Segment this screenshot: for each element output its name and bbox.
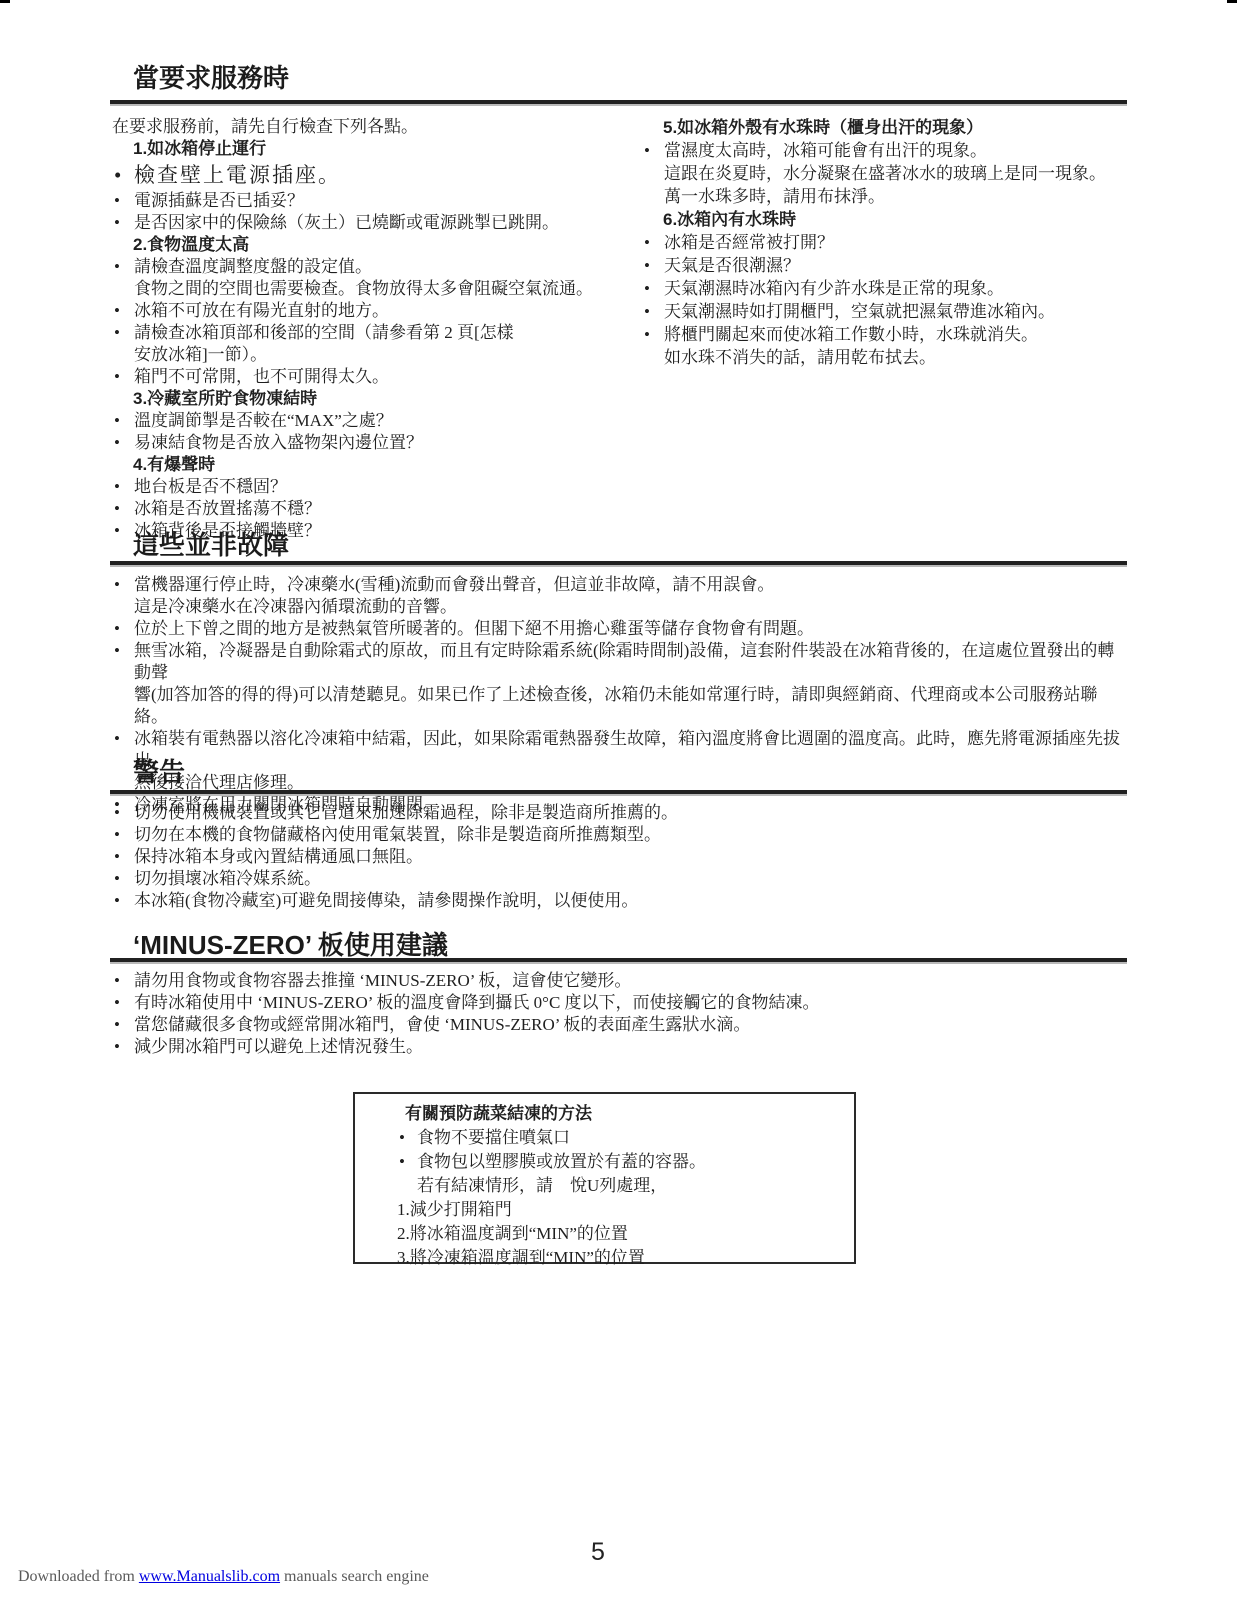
list-item-text: 冰箱是否經常被打開？ bbox=[664, 231, 1127, 254]
list-item-text: 當濕度太高時，冰箱可能會有出汗的現象。這跟在炎夏時，水分凝聚在盛著冰水的玻璃上是… bbox=[664, 139, 1127, 208]
page-number: 5 bbox=[558, 1538, 638, 1567]
text-line: 食物不要擋住噴氣口 bbox=[417, 1126, 844, 1150]
list-item-text: 本冰箱(食物冷藏室)可避免間接傳染，請參閱操作說明，以便使用。 bbox=[134, 890, 1127, 912]
list-item-text: 1.如冰箱停止運行 bbox=[133, 138, 632, 160]
text-line: 安放冰箱]一節）。 bbox=[134, 344, 632, 366]
text-line: 電源插蘇是否已插妥？ bbox=[134, 190, 632, 212]
list-item-text: 天氣潮濕時如打開櫃門，空氣就把濕氣帶進冰箱內。 bbox=[664, 300, 1127, 323]
text-line: 請檢查溫度調整度盤的設定值。 bbox=[134, 256, 632, 278]
text-line: 天氣潮濕時冰箱內有少許水珠是正常的現象。 bbox=[664, 277, 1127, 300]
text-line: 天氣是否很潮濕？ bbox=[664, 254, 1127, 277]
list-item-text: 在要求服務前，請先自行檢查下列各點。 bbox=[112, 116, 632, 138]
bullet-icon: • bbox=[110, 640, 134, 728]
list-item: •冰箱是否經常被打開？ bbox=[640, 231, 1127, 254]
vegetable-freezing-tips-box: 有關預防蔬菜結凍的方法•食物不要擋住噴氣口•食物包以塑膠膜或放置於有蓋的容器。若… bbox=[353, 1092, 856, 1264]
list-item: •食物包以塑膠膜或放置於有蓋的容器。若有結凍情形，請 悅U列處理， bbox=[397, 1150, 844, 1198]
text-line: 食物包以塑膠膜或放置於有蓋的容器。 bbox=[417, 1150, 844, 1174]
list-item-text: 有時冰箱使用中 ‘MINUS-ZERO’ 板的溫度會降到攝氏 0°C 度以下，而… bbox=[134, 992, 1127, 1014]
list-item: •當機器運行停止時，冷凍藥水(雪種)流動而會發出聲音，但這並非故障，請不用誤會。… bbox=[110, 574, 1127, 618]
list-item: 3.將冷凍箱溫度調到“MIN”的位置 bbox=[397, 1246, 844, 1270]
crop-mark-icon bbox=[1227, 0, 1237, 3]
text-line: 本冰箱(食物冷藏室)可避免間接傳染，請參閱操作說明，以便使用。 bbox=[134, 890, 1127, 912]
text-line: 無雪冰箱，冷凝器是自動除霜式的原故，而且有定時除霜系統(除霜時間制)設備，這套附… bbox=[134, 640, 1127, 684]
list-item-text: 食物不要擋住噴氣口 bbox=[417, 1126, 844, 1150]
text-line: 在要求服務前，請先自行檢查下列各點。 bbox=[112, 116, 632, 138]
section-title-service: 當要求服務時 bbox=[110, 58, 1150, 95]
bullet-icon: • bbox=[640, 300, 664, 323]
service-left-column: 在要求服務前，請先自行檢查下列各點。1.如冰箱停止運行•檢查壁上電源插座。•電源… bbox=[110, 116, 632, 542]
bullet-icon: • bbox=[110, 970, 134, 992]
text-line: 減少開冰箱門可以避免上述情況發生。 bbox=[134, 1036, 1127, 1058]
bullet-icon: • bbox=[110, 802, 134, 824]
bullet-icon: • bbox=[110, 890, 134, 912]
text-line: 易凍結食物是否放入盛物架內邊位置？ bbox=[134, 432, 632, 454]
text-line: 冰箱是否放置搖蕩不穩？ bbox=[134, 498, 632, 520]
list-item: •箱門不可常開，也不可開得太久。 bbox=[110, 366, 632, 388]
text-line: 切勿損壞冰箱冷媒系統。 bbox=[134, 868, 1127, 890]
text-line: 有時冰箱使用中 ‘MINUS-ZERO’ 板的溫度會降到攝氏 0°C 度以下，而… bbox=[134, 992, 1127, 1014]
text-line: 4.有爆聲時 bbox=[133, 454, 632, 476]
text-line: 若有結凍情形，請 悅U列處理， bbox=[417, 1174, 844, 1198]
bullet-icon: • bbox=[640, 254, 664, 277]
bullet-icon: • bbox=[110, 476, 134, 498]
list-item-text: 切勿使用機械裝置或其它管道來加速除霜過程，除非是製造商所推薦的。 bbox=[134, 802, 1127, 824]
list-item-text: 位於上下曾之間的地方是被熱氣管所暖著的。但閣下絕不用擔心雞蛋等儲存食物會有問題。 bbox=[134, 618, 1127, 640]
warning-list: •切勿使用機械裝置或其它管道來加速除霜過程，除非是製造商所推薦的。•切勿在本機的… bbox=[110, 802, 1127, 912]
list-item-text: 箱門不可常開，也不可開得太久。 bbox=[134, 366, 632, 388]
text-line: 冰箱是否經常被打開？ bbox=[664, 231, 1127, 254]
bullet-icon: • bbox=[640, 139, 664, 208]
text-line: 當您儲藏很多食物或經常開冰箱門，會使 ‘MINUS-ZERO’ 板的表面產生露狀… bbox=[134, 1014, 1127, 1036]
list-item: •冰箱是否放置搖蕩不穩？ bbox=[110, 498, 632, 520]
list-item: •檢查壁上電源插座。 bbox=[110, 160, 632, 190]
text-line: 箱門不可常開，也不可開得太久。 bbox=[134, 366, 632, 388]
list-item-text: 請檢查冰箱頂部和後部的空間（請參看第 2 頁[怎樣安放冰箱]一節）。 bbox=[134, 322, 632, 366]
list-item-text: 食物包以塑膠膜或放置於有蓋的容器。若有結凍情形，請 悅U列處理， bbox=[417, 1150, 844, 1198]
bullet-icon: • bbox=[640, 277, 664, 300]
list-item: 在要求服務前，請先自行檢查下列各點。 bbox=[110, 116, 632, 138]
list-item: •當濕度太高時，冰箱可能會有出汗的現象。這跟在炎夏時，水分凝聚在盛著冰水的玻璃上… bbox=[640, 139, 1127, 208]
list-item: •食物不要擋住噴氣口 bbox=[397, 1126, 844, 1150]
list-item: •請勿用食物或食物容器去推撞 ‘MINUS-ZERO’ 板，這會使它變形。 bbox=[110, 970, 1127, 992]
list-item-text: 減少開冰箱門可以避免上述情況發生。 bbox=[134, 1036, 1127, 1058]
bullet-icon: • bbox=[110, 432, 134, 454]
list-item: •本冰箱(食物冷藏室)可避免間接傳染，請參閱操作說明，以便使用。 bbox=[110, 890, 1127, 912]
text-line: 3.將冷凍箱溫度調到“MIN”的位置 bbox=[397, 1246, 844, 1270]
text-line: 是否因家中的保險絲（灰土）已燒斷或電源跳掣已跳開。 bbox=[134, 212, 632, 234]
section-rule bbox=[110, 790, 1127, 796]
list-subheading: 1.如冰箱停止運行 bbox=[110, 138, 632, 160]
list-subheading: 6.冰箱內有水珠時 bbox=[640, 208, 1127, 231]
bullet-icon: • bbox=[640, 323, 664, 369]
list-item: •電源插蘇是否已插妥？ bbox=[110, 190, 632, 212]
crop-mark-icon bbox=[0, 0, 10, 3]
list-item: •地台板是否不穩固？ bbox=[110, 476, 632, 498]
text-line: 2.食物溫度太高 bbox=[133, 234, 632, 256]
list-item-text: 有關預防蔬菜結凍的方法 bbox=[405, 1102, 844, 1126]
list-subheading: 5.如冰箱外殼有水珠時（櫃身出汗的現象） bbox=[640, 116, 1127, 139]
list-item: •無雪冰箱，冷凝器是自動除霜式的原故，而且有定時除霜系統(除霜時間制)設備，這套… bbox=[110, 640, 1127, 728]
text-line: 有關預防蔬菜結凍的方法 bbox=[405, 1102, 844, 1126]
list-item-text: 天氣潮濕時冰箱內有少許水珠是正常的現象。 bbox=[664, 277, 1127, 300]
text-line: 保持冰箱本身或內置結構通風口無阻。 bbox=[134, 846, 1127, 868]
list-item-text: 切勿在本機的食物儲藏格內使用電氣裝置，除非是製造商所推薦類型。 bbox=[134, 824, 1127, 846]
text-line: 將櫃門關起來而使冰箱工作數小時，水珠就消失。 bbox=[664, 323, 1127, 346]
section-title-not-faults: 這些並非故障 bbox=[110, 525, 1150, 562]
list-item-text: 2.食物溫度太高 bbox=[133, 234, 632, 256]
minus-zero-list: •請勿用食物或食物容器去推撞 ‘MINUS-ZERO’ 板，這會使它變形。•有時… bbox=[110, 970, 1127, 1058]
text-line: 響(加答加答的得的得)可以清楚聽見。如果已作了上述檢查後，冰箱仍未能如常運行時，… bbox=[134, 684, 1127, 728]
bullet-icon: • bbox=[110, 300, 134, 322]
list-item: •天氣是否很潮濕？ bbox=[640, 254, 1127, 277]
list-item-text: 當您儲藏很多食物或經常開冰箱門，會使 ‘MINUS-ZERO’ 板的表面產生露狀… bbox=[134, 1014, 1127, 1036]
list-item-text: 當機器運行停止時，冷凍藥水(雪種)流動而會發出聲音，但這並非故障，請不用誤會。這… bbox=[134, 574, 1127, 618]
list-subheading: 2.食物溫度太高 bbox=[110, 234, 632, 256]
bullet-icon: • bbox=[110, 212, 134, 234]
list-item: •減少開冰箱門可以避免上述情況發生。 bbox=[110, 1036, 1127, 1058]
list-item: 2.將冰箱溫度調到“MIN”的位置 bbox=[397, 1222, 844, 1246]
text-line: 位於上下曾之間的地方是被熱氣管所暖著的。但閣下絕不用擔心雞蛋等儲存食物會有問題。 bbox=[134, 618, 1127, 640]
list-item-text: 保持冰箱本身或內置結構通風口無阻。 bbox=[134, 846, 1127, 868]
bullet-icon: • bbox=[110, 160, 134, 190]
text-line: 當濕度太高時，冰箱可能會有出汗的現象。 bbox=[664, 139, 1127, 162]
list-item-text: 將櫃門關起來而使冰箱工作數小時，水珠就消失。如水珠不消失的話，請用乾布拭去。 bbox=[664, 323, 1127, 369]
bullet-icon: • bbox=[110, 190, 134, 212]
bullet-icon: • bbox=[110, 618, 134, 640]
section-rule bbox=[110, 561, 1127, 567]
list-item: •當您儲藏很多食物或經常開冰箱門，會使 ‘MINUS-ZERO’ 板的表面產生露… bbox=[110, 1014, 1127, 1036]
text-line: 檢查壁上電源插座。 bbox=[134, 160, 632, 190]
service-right-column: 5.如冰箱外殼有水珠時（櫃身出汗的現象）•當濕度太高時，冰箱可能會有出汗的現象。… bbox=[640, 116, 1127, 542]
text-line: 天氣潮濕時如打開櫃門，空氣就把濕氣帶進冰箱內。 bbox=[664, 300, 1127, 323]
text-line: 2.將冰箱溫度調到“MIN”的位置 bbox=[397, 1222, 844, 1246]
bullet-icon: • bbox=[110, 256, 134, 300]
list-item-text: 電源插蘇是否已插妥？ bbox=[134, 190, 632, 212]
section-title-minus-zero: ‘MINUS-ZERO’ 板使用建議 bbox=[110, 925, 1150, 962]
text-line: 這是冷凍藥水在冷凍器內循環流動的音響。 bbox=[134, 596, 1127, 618]
list-item: •天氣潮濕時如打開櫃門，空氣就把濕氣帶進冰箱內。 bbox=[640, 300, 1127, 323]
text-line: 6.冰箱內有水珠時 bbox=[663, 208, 1127, 231]
list-subheading: 有關預防蔬菜結凍的方法 bbox=[397, 1102, 844, 1126]
text-line: 1.減少打開箱門 bbox=[397, 1198, 844, 1222]
service-columns: 在要求服務前，請先自行檢查下列各點。1.如冰箱停止運行•檢查壁上電源插座。•電源… bbox=[110, 116, 1127, 542]
list-item-text: 冰箱是否放置搖蕩不穩？ bbox=[134, 498, 632, 520]
footer-suffix-text: manuals search engine bbox=[280, 1568, 429, 1585]
list-item-text: 6.冰箱內有水珠時 bbox=[663, 208, 1127, 231]
footer: Downloaded from www.Manualslib.com manua… bbox=[18, 1568, 429, 1586]
text-line: 3.冷藏室所貯食物凍結時 bbox=[133, 388, 632, 410]
bullet-icon: • bbox=[110, 846, 134, 868]
list-item-text: 是否因家中的保險絲（灰土）已燒斷或電源跳掣已跳開。 bbox=[134, 212, 632, 234]
list-item-text: 3.將冷凍箱溫度調到“MIN”的位置 bbox=[397, 1246, 844, 1270]
text-line: 食物之間的空間也需要檢查。食物放得太多會阻礙空氣流通。 bbox=[134, 278, 632, 300]
list-item: •位於上下曾之間的地方是被熱氣管所暖著的。但閣下絕不用擔心雞蛋等儲存食物會有問題… bbox=[110, 618, 1127, 640]
list-item: •切勿損壞冰箱冷媒系統。 bbox=[110, 868, 1127, 890]
list-item: •是否因家中的保險絲（灰土）已燒斷或電源跳掣已跳開。 bbox=[110, 212, 632, 234]
list-item-text: 檢查壁上電源插座。 bbox=[134, 160, 632, 190]
bullet-icon: • bbox=[110, 410, 134, 432]
list-item: •請檢查溫度調整度盤的設定值。食物之間的空間也需要檢查。食物放得太多會阻礙空氣流… bbox=[110, 256, 632, 300]
bullet-icon: • bbox=[110, 322, 134, 366]
text-line: 這跟在炎夏時，水分凝聚在盛著冰水的玻璃上是同一現象。 bbox=[664, 162, 1127, 185]
list-item-text: 地台板是否不穩固？ bbox=[134, 476, 632, 498]
list-subheading: 3.冷藏室所貯食物凍結時 bbox=[110, 388, 632, 410]
list-item-text: 請勿用食物或食物容器去推撞 ‘MINUS-ZERO’ 板，這會使它變形。 bbox=[134, 970, 1127, 992]
text-line: 溫度調節掣是否較在“MAX”之處？ bbox=[134, 410, 632, 432]
list-item: •天氣潮濕時冰箱內有少許水珠是正常的現象。 bbox=[640, 277, 1127, 300]
list-item-text: 4.有爆聲時 bbox=[133, 454, 632, 476]
text-line: 請檢查冰箱頂部和後部的空間（請參看第 2 頁[怎樣 bbox=[134, 322, 632, 344]
list-item-text: 2.將冰箱溫度調到“MIN”的位置 bbox=[397, 1222, 844, 1246]
text-line: 切勿使用機械裝置或其它管道來加速除霜過程，除非是製造商所推薦的。 bbox=[134, 802, 1127, 824]
list-item-text: 無雪冰箱，冷凝器是自動除霜式的原故，而且有定時除霜系統(除霜時間制)設備，這套附… bbox=[134, 640, 1127, 728]
bullet-icon: • bbox=[397, 1150, 417, 1198]
list-item: 1.減少打開箱門 bbox=[397, 1198, 844, 1222]
list-item-text: 溫度調節掣是否較在“MAX”之處？ bbox=[134, 410, 632, 432]
text-line: 如水珠不消失的話，請用乾布拭去。 bbox=[664, 346, 1127, 369]
text-line: 5.如冰箱外殼有水珠時（櫃身出汗的現象） bbox=[663, 116, 1127, 139]
list-item: •溫度調節掣是否較在“MAX”之處？ bbox=[110, 410, 632, 432]
text-line: 冰箱不可放在有陽光直射的地方。 bbox=[134, 300, 632, 322]
bullet-icon: • bbox=[640, 231, 664, 254]
bullet-icon: • bbox=[110, 1014, 134, 1036]
list-item-text: 請檢查溫度調整度盤的設定值。食物之間的空間也需要檢查。食物放得太多會阻礙空氣流通… bbox=[134, 256, 632, 300]
list-subheading: 4.有爆聲時 bbox=[110, 454, 632, 476]
list-item: •請檢查冰箱頂部和後部的空間（請參看第 2 頁[怎樣安放冰箱]一節）。 bbox=[110, 322, 632, 366]
list-item-text: 易凍結食物是否放入盛物架內邊位置？ bbox=[134, 432, 632, 454]
text-line: 地台板是否不穩固？ bbox=[134, 476, 632, 498]
list-item: •保持冰箱本身或內置結構通風口無阻。 bbox=[110, 846, 1127, 868]
list-item: •切勿使用機械裝置或其它管道來加速除霜過程，除非是製造商所推薦的。 bbox=[110, 802, 1127, 824]
list-item: •有時冰箱使用中 ‘MINUS-ZERO’ 板的溫度會降到攝氏 0°C 度以下，… bbox=[110, 992, 1127, 1014]
bullet-icon: • bbox=[110, 366, 134, 388]
list-item: •切勿在本機的食物儲藏格內使用電氣裝置，除非是製造商所推薦類型。 bbox=[110, 824, 1127, 846]
section-rule bbox=[110, 958, 1127, 964]
list-item-text: 冰箱不可放在有陽光直射的地方。 bbox=[134, 300, 632, 322]
manualslib-link[interactable]: www.Manualslib.com bbox=[139, 1568, 280, 1585]
bullet-icon: • bbox=[397, 1126, 417, 1150]
bullet-icon: • bbox=[110, 992, 134, 1014]
list-item-text: 天氣是否很潮濕？ bbox=[664, 254, 1127, 277]
list-item: •易凍結食物是否放入盛物架內邊位置？ bbox=[110, 432, 632, 454]
list-item-text: 3.冷藏室所貯食物凍結時 bbox=[133, 388, 632, 410]
bullet-icon: • bbox=[110, 868, 134, 890]
text-line: 切勿在本機的食物儲藏格內使用電氣裝置，除非是製造商所推薦類型。 bbox=[134, 824, 1127, 846]
list-item: •將櫃門關起來而使冰箱工作數小時，水珠就消失。如水珠不消失的話，請用乾布拭去。 bbox=[640, 323, 1127, 369]
section-title-warning: 警告 bbox=[110, 752, 1150, 789]
list-item: •冰箱不可放在有陽光直射的地方。 bbox=[110, 300, 632, 322]
manual-page: 當要求服務時 在要求服務前，請先自行檢查下列各點。1.如冰箱停止運行•檢查壁上電… bbox=[0, 0, 1237, 1600]
footer-prefix-text: Downloaded from bbox=[18, 1568, 139, 1585]
text-line: 當機器運行停止時，冷凍藥水(雪種)流動而會發出聲音，但這並非故障，請不用誤會。 bbox=[134, 574, 1127, 596]
text-line: 萬一水珠多時，請用布抹淨。 bbox=[664, 185, 1127, 208]
bullet-icon: • bbox=[110, 498, 134, 520]
list-item-text: 5.如冰箱外殼有水珠時（櫃身出汗的現象） bbox=[663, 116, 1127, 139]
text-line: 1.如冰箱停止運行 bbox=[133, 138, 632, 160]
list-item-text: 切勿損壞冰箱冷媒系統。 bbox=[134, 868, 1127, 890]
text-line: 請勿用食物或食物容器去推撞 ‘MINUS-ZERO’ 板，這會使它變形。 bbox=[134, 970, 1127, 992]
bullet-icon: • bbox=[110, 824, 134, 846]
list-item-text: 1.減少打開箱門 bbox=[397, 1198, 844, 1222]
bullet-icon: • bbox=[110, 574, 134, 618]
section-rule bbox=[110, 100, 1127, 106]
bullet-icon: • bbox=[110, 1036, 134, 1058]
